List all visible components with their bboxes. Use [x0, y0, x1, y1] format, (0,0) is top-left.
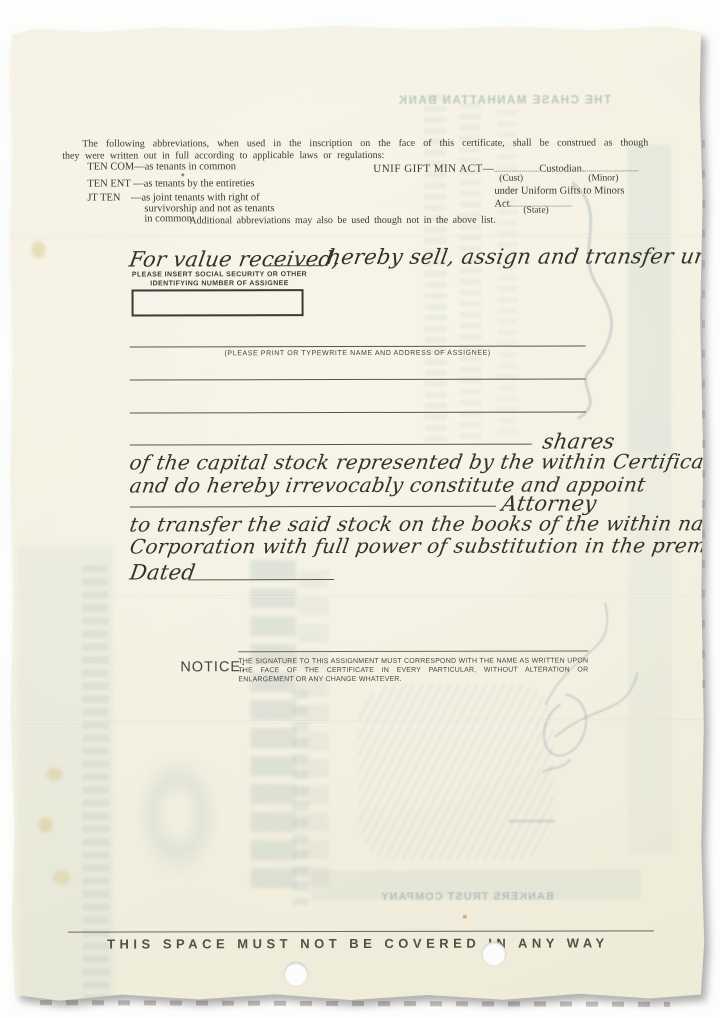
- ghost-title-letters-column-2: [298, 570, 329, 890]
- stain-4: [53, 871, 71, 885]
- ghost-rosette-medallion: [122, 735, 232, 895]
- scan-edge-bottom: [40, 1000, 670, 1007]
- stain-2: [47, 768, 63, 781]
- ssn-entry-box: [132, 289, 304, 316]
- abbr-cust: (Cust): [499, 174, 523, 184]
- paper-crease-3: [10, 719, 704, 723]
- abbr-state: (State): [523, 206, 548, 216]
- dated-label: Dated: [128, 560, 197, 584]
- notice-text: THE SIGNATURE TO THIS ASSIGNMENT MUST CO…: [238, 651, 588, 685]
- ghost-text-column-c: [497, 110, 518, 440]
- scanned-certificate-back: THE CHASE MANHATTAN BANK BANKERS TRUST C…: [0, 0, 720, 1018]
- ghost-text-column-b: [459, 103, 482, 443]
- ghost-scribble-circle: [530, 684, 600, 774]
- assignee-rule-1: [130, 346, 586, 348]
- abbr-unif-label: UNIF GIFT MIN ACT—: [373, 163, 494, 175]
- ghost-caption-dash: [509, 820, 555, 823]
- shares-rule: [130, 444, 532, 446]
- abbr-intro-line2: they were written out in full according …: [62, 150, 384, 162]
- scan-edge-right: [702, 140, 705, 700]
- paper-crease-2: [10, 594, 704, 598]
- assignee-rule-2: [130, 379, 586, 381]
- unif-leader-2: [582, 160, 638, 171]
- abbr-custodian: Custodian: [539, 164, 582, 175]
- ghost-trust-name-mirrored: BANKERS TRUST COMPANY: [384, 891, 554, 903]
- abbr-intro-line1: The following abbreviations, when used i…: [82, 137, 648, 149]
- ghost-bank-name-mirrored: THE CHASE MANHATTAN BANK: [379, 94, 629, 107]
- corporation-line: Corporation with full power of substitut…: [128, 533, 720, 558]
- abbr-jt-ten-cont2: in common: [144, 213, 192, 224]
- ssn-instruction-line1: PLEASE INSERT SOCIAL SECURITY OR OTHER: [131, 271, 307, 278]
- abbr-act-label: Act: [494, 199, 509, 210]
- paper-crease-1: [9, 234, 703, 238]
- speck-orange: [463, 915, 467, 919]
- sell-assign-transfer-text: hereby sell, assign and transfer unto: [326, 244, 720, 269]
- ghost-title-letters-column: [250, 560, 297, 895]
- unif-leader-1: [494, 161, 539, 172]
- abbr-minor: (Minor): [588, 173, 618, 183]
- for-value-received-text: For value received,: [128, 247, 342, 271]
- ssn-instruction-line2: IDENTIFYING NUMBER OF ASSIGNEE: [132, 280, 308, 287]
- footer-warning-text: THIS SPACE MUST NOT BE COVERED IN ANY WA…: [11, 935, 705, 951]
- stain-3: [39, 818, 53, 833]
- ghost-bottom-band: [311, 869, 641, 900]
- abbr-ten-com: TEN COM—as tenants in common: [87, 161, 236, 172]
- abbr-ten-ent: TEN ENT —as tenants by the entireties: [87, 178, 254, 189]
- assignee-rule-3: [130, 412, 586, 414]
- hole-punch-left: [284, 962, 308, 986]
- certificate-back-paper: THE CHASE MANHATTAN BANK BANKERS TRUST C…: [9, 24, 705, 1002]
- print-or-typewrite-caption: (PLEASE PRINT OR TYPEWRITE NAME AND ADDR…: [130, 350, 586, 358]
- abbr-jt-ten: JT TEN —as joint tenants with right of: [87, 192, 259, 203]
- notice-label: NOTICE:: [180, 659, 246, 675]
- capital-stock-line: of the capital stock represented by the …: [128, 449, 720, 474]
- ghost-handwriting-hatch: [358, 685, 553, 860]
- dated-blank-line: [188, 579, 334, 581]
- blank-after-for-value: [266, 265, 324, 267]
- paper-shadow-wrap: THE CHASE MANHATTAN BANK BANKERS TRUST C…: [10, 25, 704, 1002]
- footer-rule: [68, 930, 654, 933]
- ghost-signature-right: [547, 174, 638, 424]
- attorney-rule: [130, 506, 496, 508]
- hole-punch-right: [482, 942, 506, 966]
- ghost-right-band: [627, 144, 672, 454]
- stain-1: [31, 241, 45, 259]
- speck-brown: [181, 173, 184, 176]
- abbr-additional: Additional abbreviations may also be use…: [189, 215, 495, 227]
